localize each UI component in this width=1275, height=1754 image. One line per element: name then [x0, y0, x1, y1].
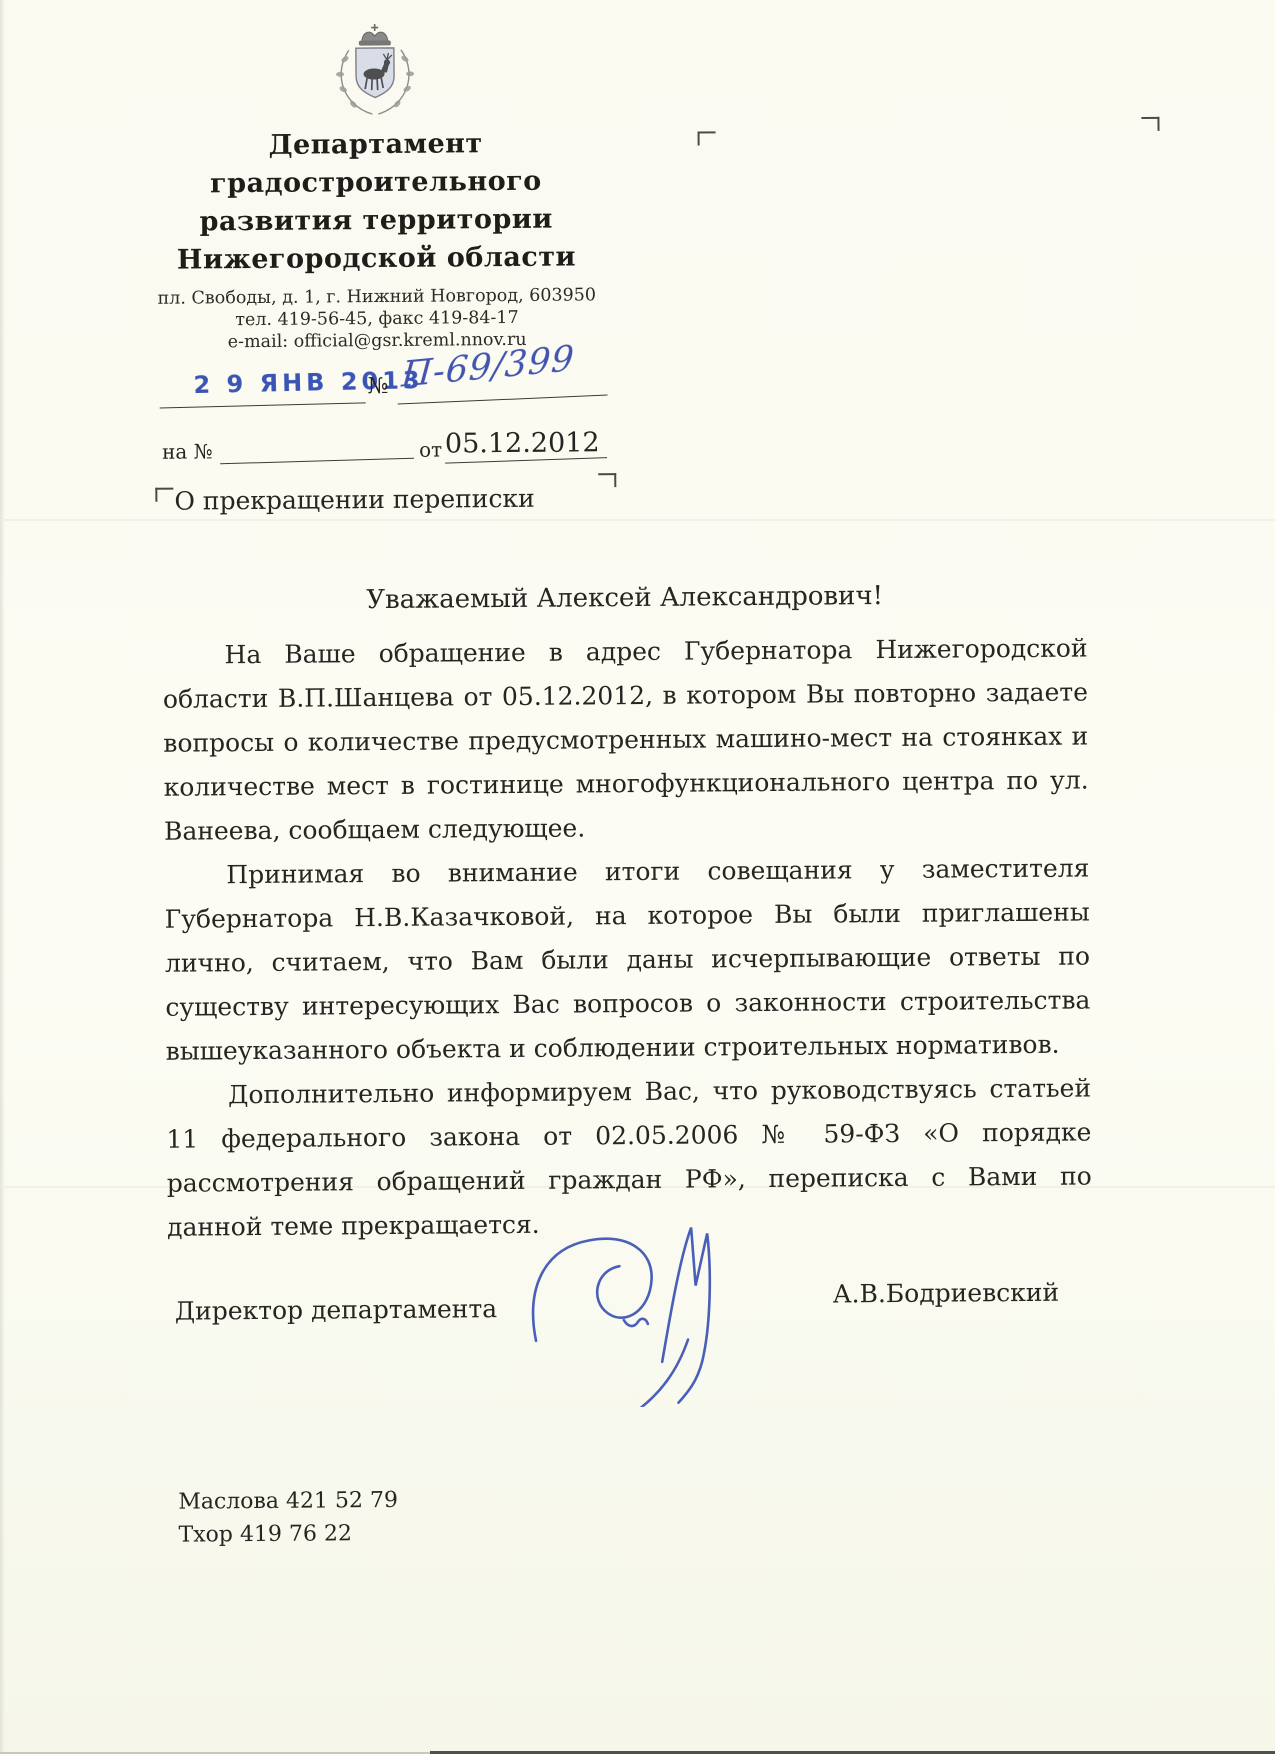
registration-date-stamp: 2 9 ЯНВ 2013 — [193, 366, 424, 399]
from-date-value: 05.12.2012 — [445, 427, 600, 459]
executor-contacts: Маслова 421 52 79 Тхор 419 76 22 — [178, 1484, 398, 1552]
stamp-underline — [160, 402, 366, 408]
signer-position-title: Директор департамента — [175, 1294, 498, 1326]
contact-line: Маслова 421 52 79 — [178, 1484, 398, 1519]
org-name-line: Нижегородской области — [146, 238, 606, 280]
org-name-line: развития территории — [146, 200, 606, 242]
reply-number-label: на № — [162, 439, 213, 463]
letterhead: Департамент градостроительного развития … — [145, 22, 608, 354]
address-line: пл. Свободы, д. 1, г. Нижний Новгород, 6… — [147, 284, 607, 310]
reply-number-underline — [220, 458, 414, 465]
corner-mark-icon — [155, 488, 173, 502]
number-label: № — [367, 374, 388, 399]
signer-name: А.В.Бодриевский — [833, 1278, 1060, 1309]
handwritten-signature-icon — [519, 1221, 770, 1408]
org-name-line: Департамент — [145, 124, 605, 166]
salutation: Уважаемый Алексей Александрович! — [162, 579, 1087, 616]
body-paragraph: Принимая во внимание итоги совещания у з… — [164, 846, 1091, 1073]
scanned-letter-page: Департамент градостроительного развития … — [0, 0, 1275, 1754]
corner-mark-icon — [698, 131, 716, 145]
coat-of-arms-deer-icon — [325, 24, 426, 119]
org-name: Департамент градостроительного развития … — [145, 124, 606, 280]
body-paragraph: На Ваше обращение в адрес Губернатора Ни… — [162, 626, 1089, 853]
from-date-label: от — [419, 438, 442, 462]
subject-line: О прекращении переписки — [174, 484, 534, 516]
letter-body: На Ваше обращение в адрес Губернатора Ни… — [162, 626, 1092, 1249]
corner-mark-icon — [1141, 117, 1159, 131]
contact-line: Тхор 419 76 22 — [178, 1517, 398, 1552]
org-name-line: градостроительного — [146, 162, 606, 204]
number-underline — [398, 395, 608, 405]
corner-mark-icon — [598, 473, 616, 487]
